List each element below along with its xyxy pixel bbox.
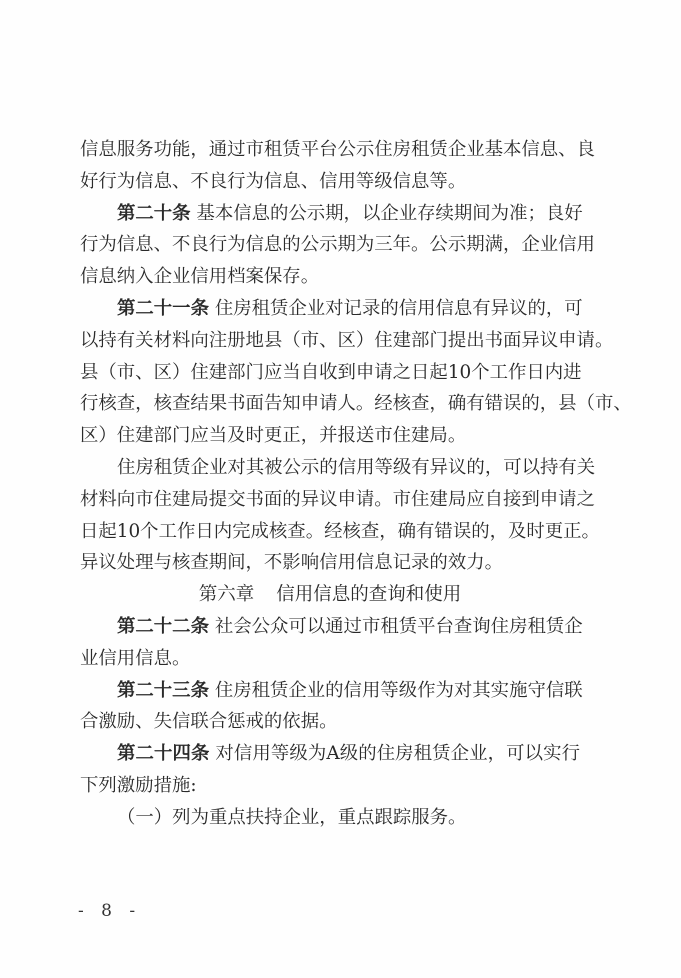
article-text: 住房租赁企业对记录的信用信息有异议的，可 (209, 298, 583, 319)
text-line: 好行为信息、不良行为信息、信用等级信息等。 (80, 166, 580, 198)
article-label: 第二十四条 (117, 743, 209, 764)
document-page: 信息服务功能，通过市租赁平台公示住房租赁企业基本信息、良 好行为信息、不良行为信… (0, 0, 681, 978)
article-text: 对信用等级为A级的住房租赁企业，可以实行 (209, 743, 580, 764)
page-number: - 8 - (78, 901, 141, 921)
article-22-line: 第二十二条 社会公众可以通过市租赁平台查询住房租赁企 (80, 611, 580, 643)
text-line: 信息纳入企业信用档案保存。 (80, 261, 580, 293)
text-line: 合激励、失信联合惩戒的依据。 (80, 706, 580, 738)
text-line: 县（市、区）住建部门应当自收到申请之日起10个工作日内进 (80, 357, 580, 389)
text-line: 区）住建部门应当及时更正，并报送市住建局。 (80, 420, 580, 452)
chapter-heading: 第六章信用信息的查询和使用 (80, 579, 580, 611)
article-label: 第二十二条 (117, 616, 209, 637)
chapter-title: 信用信息的查询和使用 (276, 584, 461, 605)
article-label: 第二十三条 (117, 680, 209, 701)
text-line: 异议处理与核查期间，不影响信用信息记录的效力。 (80, 547, 580, 579)
text-line: 以持有关材料向注册地县（市、区）住建部门提出书面异议申请。 (80, 325, 580, 357)
list-item: （一）列为重点扶持企业，重点跟踪服务。 (80, 802, 580, 834)
document-body: 信息服务功能，通过市租赁平台公示住房租赁企业基本信息、良 好行为信息、不良行为信… (80, 134, 580, 834)
text-line: 信息服务功能，通过市租赁平台公示住房租赁企业基本信息、良 (80, 134, 580, 166)
text-line: 日起10个工作日内完成核查。经核查，确有错误的，及时更正。 (80, 516, 580, 548)
article-23-line: 第二十三条 住房租赁企业的信用等级作为对其实施守信联 (80, 675, 580, 707)
text-line: 住房租赁企业对其被公示的信用等级有异议的，可以持有关 (80, 452, 580, 484)
text-line: 行核查，核查结果书面告知申请人。经核查，确有错误的，县（市、 (80, 388, 580, 420)
article-text: 基本信息的公示期，以企业存续期间为准；良好 (191, 203, 583, 224)
article-label: 第二十一条 (117, 298, 209, 319)
article-label: 第二十条 (117, 203, 191, 224)
article-21-line: 第二十一条 住房租赁企业对记录的信用信息有异议的，可 (80, 293, 580, 325)
chapter-number: 第六章 (199, 584, 255, 605)
text-line: 下列激励措施: (80, 770, 580, 802)
article-text: 住房租赁企业的信用等级作为对其实施守信联 (209, 680, 583, 701)
article-20-line: 第二十条 基本信息的公示期，以企业存续期间为准；良好 (80, 198, 580, 230)
text-line: 行为信息、不良行为信息的公示期为三年。公示期满，企业信用 (80, 229, 580, 261)
text-line: 材料向市住建局提交书面的异议申请。市住建局应自接到申请之 (80, 484, 580, 516)
text-line: 业信用信息。 (80, 643, 580, 675)
article-24-line: 第二十四条 对信用等级为A级的住房租赁企业，可以实行 (80, 738, 580, 770)
article-text: 社会公众可以通过市租赁平台查询住房租赁企 (209, 616, 583, 637)
